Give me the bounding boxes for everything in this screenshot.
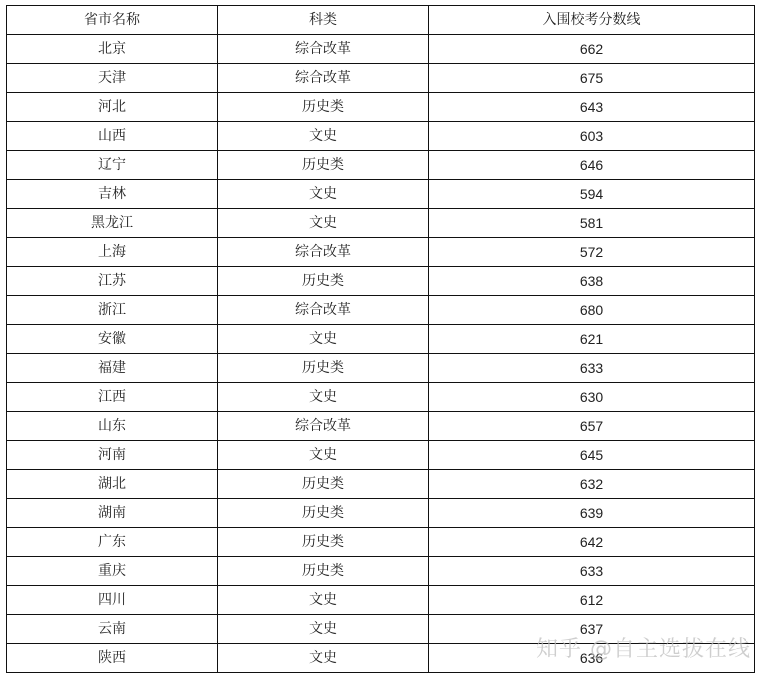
cell-category: 综合改革 [218, 238, 429, 267]
table-row: 湖南历史类639 [7, 499, 755, 528]
cell-category: 文史 [218, 209, 429, 238]
cell-category: 历史类 [218, 557, 429, 586]
cell-category: 文史 [218, 586, 429, 615]
cell-category: 综合改革 [218, 296, 429, 325]
cell-score: 630 [429, 383, 755, 412]
cell-score: 612 [429, 586, 755, 615]
cell-category: 历史类 [218, 499, 429, 528]
table-row: 江苏历史类638 [7, 267, 755, 296]
table-row: 重庆历史类633 [7, 557, 755, 586]
cell-province: 安徽 [7, 325, 218, 354]
table-row: 福建历史类633 [7, 354, 755, 383]
header-province: 省市名称 [7, 6, 218, 35]
header-score: 入围校考分数线 [429, 6, 755, 35]
cell-province: 吉林 [7, 180, 218, 209]
table-row: 陕西文史636 [7, 644, 755, 673]
cell-category: 文史 [218, 615, 429, 644]
cell-province: 上海 [7, 238, 218, 267]
table-row: 吉林文史594 [7, 180, 755, 209]
cell-province: 湖南 [7, 499, 218, 528]
table-row: 山西文史603 [7, 122, 755, 151]
cell-category: 历史类 [218, 528, 429, 557]
cell-province: 浙江 [7, 296, 218, 325]
cell-province: 山西 [7, 122, 218, 151]
cell-score: 637 [429, 615, 755, 644]
cell-category: 文史 [218, 383, 429, 412]
table-body: 北京综合改革662天津综合改革675河北历史类643山西文史603辽宁历史类64… [7, 35, 755, 673]
cell-score: 632 [429, 470, 755, 499]
cell-score: 636 [429, 644, 755, 673]
cell-province: 福建 [7, 354, 218, 383]
cell-category: 文史 [218, 644, 429, 673]
cell-category: 历史类 [218, 151, 429, 180]
table-row: 广东历史类642 [7, 528, 755, 557]
cell-score: 675 [429, 64, 755, 93]
cell-category: 文史 [218, 325, 429, 354]
table-row: 江西文史630 [7, 383, 755, 412]
table-row: 山东综合改革657 [7, 412, 755, 441]
cell-province: 云南 [7, 615, 218, 644]
table-row: 北京综合改革662 [7, 35, 755, 64]
cell-score: 621 [429, 325, 755, 354]
table-row: 湖北历史类632 [7, 470, 755, 499]
cell-score: 643 [429, 93, 755, 122]
cell-province: 河南 [7, 441, 218, 470]
table-row: 辽宁历史类646 [7, 151, 755, 180]
table-row: 安徽文史621 [7, 325, 755, 354]
cell-province: 天津 [7, 64, 218, 93]
cell-score: 657 [429, 412, 755, 441]
table-row: 河南文史645 [7, 441, 755, 470]
cell-category: 综合改革 [218, 35, 429, 64]
cell-category: 历史类 [218, 470, 429, 499]
cell-category: 综合改革 [218, 64, 429, 93]
table-row: 四川文史612 [7, 586, 755, 615]
cell-category: 综合改革 [218, 412, 429, 441]
cell-score: 638 [429, 267, 755, 296]
table-row: 黑龙江文史581 [7, 209, 755, 238]
cell-category: 文史 [218, 441, 429, 470]
table-row: 天津综合改革675 [7, 64, 755, 93]
cell-province: 河北 [7, 93, 218, 122]
cell-score: 639 [429, 499, 755, 528]
table-row: 河北历史类643 [7, 93, 755, 122]
table-row: 云南文史637 [7, 615, 755, 644]
header-category: 科类 [218, 6, 429, 35]
cell-province: 黑龙江 [7, 209, 218, 238]
cell-province: 江西 [7, 383, 218, 412]
cell-province: 湖北 [7, 470, 218, 499]
cell-score: 680 [429, 296, 755, 325]
cell-province: 辽宁 [7, 151, 218, 180]
cell-category: 文史 [218, 122, 429, 151]
table-header-row: 省市名称 科类 入围校考分数线 [7, 6, 755, 35]
cell-category: 历史类 [218, 354, 429, 383]
cell-province: 陕西 [7, 644, 218, 673]
cell-score: 662 [429, 35, 755, 64]
cell-score: 572 [429, 238, 755, 267]
cell-score: 581 [429, 209, 755, 238]
cell-score: 646 [429, 151, 755, 180]
cell-score: 633 [429, 354, 755, 383]
table-row: 上海综合改革572 [7, 238, 755, 267]
cell-province: 江苏 [7, 267, 218, 296]
cell-score: 645 [429, 441, 755, 470]
cell-province: 北京 [7, 35, 218, 64]
cell-score: 642 [429, 528, 755, 557]
cell-province: 四川 [7, 586, 218, 615]
cell-score: 633 [429, 557, 755, 586]
cell-category: 文史 [218, 180, 429, 209]
cell-province: 重庆 [7, 557, 218, 586]
cell-category: 历史类 [218, 93, 429, 122]
cell-score: 594 [429, 180, 755, 209]
score-table: 省市名称 科类 入围校考分数线 北京综合改革662天津综合改革675河北历史类6… [6, 5, 755, 673]
cell-category: 历史类 [218, 267, 429, 296]
table-row: 浙江综合改革680 [7, 296, 755, 325]
cell-province: 山东 [7, 412, 218, 441]
cell-province: 广东 [7, 528, 218, 557]
cell-score: 603 [429, 122, 755, 151]
